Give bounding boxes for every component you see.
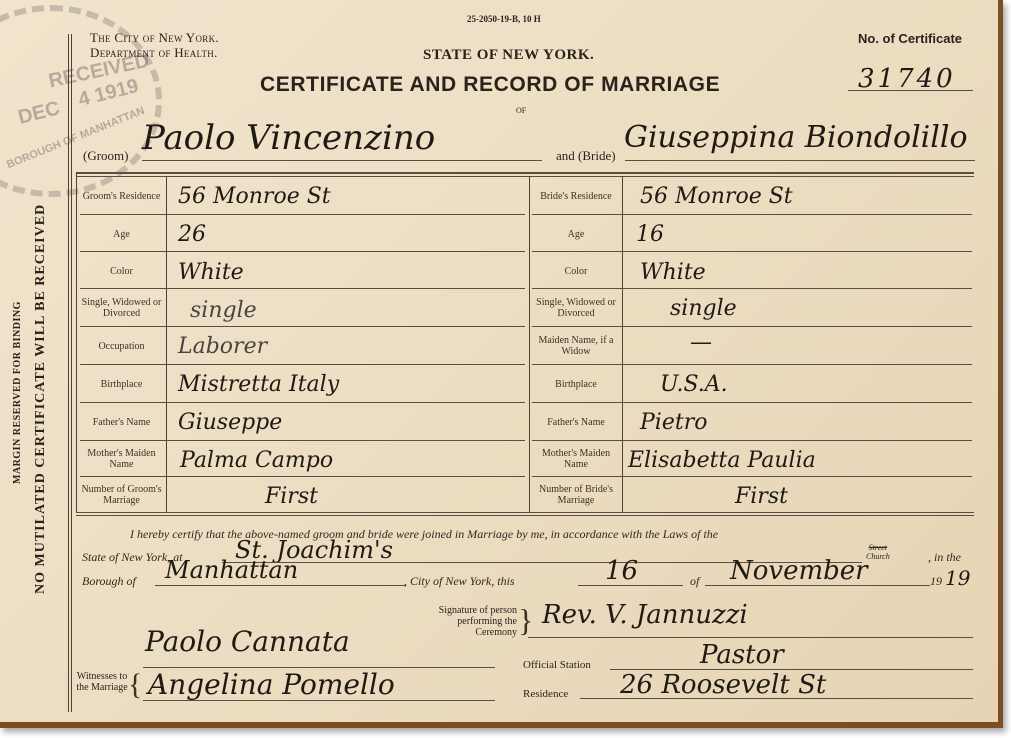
margin-rule [68, 34, 69, 712]
groom-row-birthplace: Birthplace [77, 366, 166, 402]
margin-binding-note: MARGIN RESERVED FOR BINDING [12, 301, 23, 484]
field-label: Mother's Maiden Name [77, 448, 166, 470]
bride-row-age: Age [530, 216, 622, 252]
row-divider [532, 288, 972, 289]
field-label: Father's Name [93, 417, 151, 428]
groom-color-value: White [178, 260, 244, 285]
groom-occupation-value: Laborer [178, 334, 267, 359]
title-of: OF [516, 106, 526, 115]
margin-warning-note: NO MUTILATED CERTIFICATE WILL BE RECEIVE… [33, 204, 49, 594]
ceremony-day: 16 [605, 556, 638, 586]
row-divider [80, 326, 525, 327]
day-line [578, 585, 683, 586]
certification-in-the: , in the [928, 550, 961, 565]
field-label: Number of Groom's Marriage [77, 484, 166, 506]
of-text: of [690, 574, 699, 589]
certificate-number-label: No. of Certificate [858, 31, 962, 46]
field-label: Color [565, 266, 588, 277]
bride-row-maiden-name: Maiden Name, if a Widow [530, 328, 622, 364]
signature-label: Signature of person performing the Cerem… [425, 605, 517, 638]
year-suffix: 19 [945, 566, 970, 590]
borough-prefix: Borough of [82, 574, 136, 589]
field-label: Number of Bride's Marriage [530, 484, 622, 506]
field-label: Occupation [98, 341, 144, 352]
groom-label: (Groom) [83, 148, 129, 164]
groom-label-column-border [166, 176, 167, 512]
field-label: Birthplace [555, 379, 597, 390]
row-divider [532, 402, 972, 403]
street-struck: Street [866, 543, 890, 552]
witness-2: Angelina Pomello [148, 668, 395, 701]
bride-row-mother: Mother's Maiden Name [530, 442, 622, 476]
table-top-border [76, 172, 974, 174]
bride-residence-value: 56 Monroe St [640, 184, 793, 209]
groom-row-color: Color [77, 253, 166, 289]
official-station-value: Pastor [700, 640, 784, 670]
row-divider [80, 251, 525, 252]
certification-statement: I hereby certify that the above-named gr… [130, 527, 718, 542]
residence-line [580, 698, 973, 699]
field-label: Birthplace [101, 379, 143, 390]
row-divider [532, 440, 972, 441]
groom-row-marital-status: Single, Widowed or Divorced [77, 290, 166, 326]
bride-marital-status-value: single [670, 296, 737, 321]
field-label: Age [113, 229, 130, 240]
borough-value: Manhattan [165, 556, 298, 584]
year-prefix: 19 [930, 574, 942, 589]
city-text: , City of New York, this [404, 574, 515, 589]
certificate-number-line [848, 90, 973, 91]
field-label: Age [568, 229, 585, 240]
signature-brace: } [518, 603, 533, 637]
church-option: Church [866, 552, 890, 561]
witness-1: Paolo Cannata [145, 625, 350, 658]
form-number: 25-2050-19-B, 10 H [467, 14, 541, 24]
groom-residence-value: 56 Monroe St [178, 184, 331, 209]
groom-row-father: Father's Name [77, 404, 166, 440]
groom-name-line [142, 160, 542, 161]
field-label: Bride's Residence [540, 191, 612, 202]
field-label: Color [110, 266, 133, 277]
groom-father-value: Giuseppe [178, 410, 282, 435]
field-label: Maiden Name, if a Widow [530, 335, 622, 357]
bride-maiden-name-value: — [690, 330, 712, 355]
bride-birthplace-value: U.S.A. [660, 372, 728, 397]
month-line [705, 585, 930, 586]
row-divider [532, 251, 972, 252]
groom-birthplace-value: Mistretta Italy [178, 372, 339, 397]
officiant-signature: Rev. V. Jannuzzi [542, 600, 748, 630]
groom-mother-value: Palma Campo [180, 448, 333, 473]
field-label: Groom's Residence [83, 191, 161, 202]
bride-name-line [625, 160, 975, 161]
row-divider [80, 214, 525, 215]
ceremony-month: November [730, 556, 868, 586]
bride-row-marriage-number: Number of Bride's Marriage [530, 477, 622, 513]
department-name: Department of Health. [90, 45, 219, 60]
bride-row-residence: Bride's Residence [530, 178, 622, 214]
bride-row-father: Father's Name [530, 404, 622, 440]
bride-name: Giuseppina Biondolillo [624, 120, 968, 155]
table-bottom-border-2 [76, 515, 974, 516]
bride-father-value: Pietro [640, 410, 707, 435]
borough-line [155, 585, 405, 586]
groom-marital-status-value: single [190, 298, 257, 323]
bride-marriage-number-value: First [735, 484, 788, 509]
bride-row-color: Color [530, 253, 622, 289]
document-title: CERTIFICATE AND RECORD OF MARRIAGE [260, 73, 720, 97]
bride-row-marital-status: Single, Widowed or Divorced [530, 290, 622, 326]
field-label: Single, Widowed or Divorced [77, 297, 166, 319]
bride-mother-value: Elisabetta Paulia [628, 448, 816, 473]
street-church-choice: Street Church [866, 543, 890, 561]
city-name: The City of New York. [90, 30, 219, 45]
bride-label-column-border [622, 176, 623, 512]
field-label: Single, Widowed or Divorced [530, 297, 622, 319]
groom-age-value: 26 [178, 222, 206, 247]
groom-marriage-number-value: First [265, 484, 318, 509]
row-divider [80, 288, 525, 289]
row-divider [80, 402, 525, 403]
bride-age-value: 16 [636, 222, 664, 247]
officiant-residence-value: 26 Roosevelt St [620, 670, 826, 700]
bride-label: and (Bride) [556, 148, 616, 164]
field-label: Mother's Maiden Name [530, 448, 622, 470]
witness-2-line [143, 700, 495, 701]
bride-row-birthplace: Birthplace [530, 366, 622, 402]
row-divider [532, 364, 972, 365]
certificate-paper: RECEIVED DEC 4 1919 BOROUGH OF MANHATTAN… [0, 0, 998, 722]
bride-color-value: White [640, 260, 706, 285]
official-station-label: Official Station [523, 659, 591, 671]
row-divider [80, 364, 525, 365]
residence-label: Residence [523, 688, 568, 700]
row-divider [532, 326, 972, 327]
witnesses-brace: { [128, 668, 142, 702]
field-label: Father's Name [547, 417, 605, 428]
groom-row-age: Age [77, 216, 166, 252]
groom-row-occupation: Occupation [77, 328, 166, 364]
groom-name: Paolo Vincenzino [142, 118, 435, 158]
row-divider [532, 214, 972, 215]
groom-row-residence: Groom's Residence [77, 178, 166, 214]
witnesses-label: Witnesses to the Marriage [73, 671, 131, 693]
groom-row-marriage-number: Number of Groom's Marriage [77, 477, 166, 513]
table-bottom-border [76, 512, 974, 513]
city-department-header: The City of New York. Department of Heal… [90, 30, 219, 60]
margin-rule-inner [71, 34, 72, 712]
state-heading: STATE OF NEW YORK. [423, 47, 594, 64]
row-divider [80, 440, 525, 441]
table-top-border-2 [76, 176, 974, 177]
signature-line [528, 637, 973, 638]
groom-row-mother: Mother's Maiden Name [77, 442, 166, 476]
